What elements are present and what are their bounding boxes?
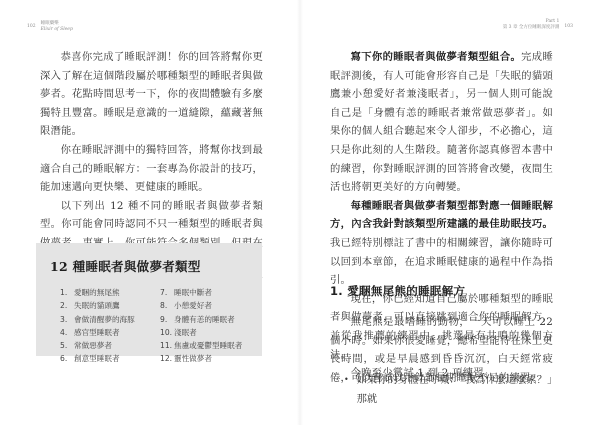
list-item: 11.焦慮或憂鬱型睡眠者	[160, 340, 260, 351]
list-item: 7.睡眠中斷者	[160, 287, 260, 298]
list-item: 5.常做惡夢者	[60, 340, 160, 351]
list-item: 8.小憩愛好者	[160, 300, 260, 311]
sleeper-types-list: 1.愛睏的無尾熊 7.睡眠中斷者 2.失眠的貓頭鷹 8.小憩愛好者 3.會做清醒…	[50, 287, 250, 365]
list-item: 6.創意型睡眠者	[60, 353, 160, 364]
list-item: 12.靈性做夢者	[160, 353, 260, 364]
section-heading: 1. 愛睏無尾熊的睡眠解方	[330, 283, 465, 299]
bold-lead: 每種睡眠者與做夢者類型都對應一個睡眠解方，內含我針對該類型所建議的最佳助眠技巧。	[330, 200, 553, 231]
paragraph: 每種睡眠者與做夢者類型都對應一個睡眠解方，內含我針對該類型所建議的最佳助眠技巧。…	[330, 197, 553, 290]
sleeper-types-box: 12 種睡眠者與做夢者類型 1.愛睏的無尾熊 7.睡眠中斷者 2.失眠的貓頭鷹 …	[36, 243, 262, 356]
list-item: 10.淺眠者	[160, 327, 260, 338]
list-item: 2.失眠的貓頭鷹	[60, 300, 160, 311]
sleeper-types-title: 12 種睡眠者與做夢者類型	[50, 257, 250, 275]
page-number: 102	[27, 24, 36, 29]
paragraph: 你在睡眠評測中的獨特回答，將幫你找到最適合自己的睡眠解方：一套專為你設計的技巧，…	[40, 141, 263, 197]
paragraph: 恭喜你完成了睡眠評測！你的回答將幫你更深入了解在這個階段屬於哪種類型的睡眠者與做…	[40, 48, 263, 141]
list-item: 9.身體有恙的睡眠者	[160, 314, 260, 325]
bullet-item: • 如果你的身體在呼喊：「我為什麼這麼累？」那就	[344, 371, 556, 408]
paragraph: 寫下你的睡眠者與做夢者類型組合。完成睡眠評測後，有人可能會形容自己是「失眠的貓頭…	[330, 48, 553, 197]
bullet-icon: •	[344, 371, 357, 408]
chapter-label: 第 3 章 全方位睡眠深度評測	[503, 25, 560, 31]
running-header-right: Part 1 第 3 章 全方位睡眠深度評測 103	[503, 19, 573, 31]
book-title: 睡眠藥樂 Elixir of Sleep	[41, 21, 73, 33]
running-header-left: 102 睡眠藥樂 Elixir of Sleep	[27, 21, 73, 33]
right-page: Part 1 第 3 章 全方位睡眠深度評測 103 寫下你的睡眠者與做夢者類型…	[300, 0, 600, 425]
list-item: 3.會做清醒夢的海豚	[60, 314, 160, 325]
page-number: 103	[564, 24, 573, 29]
list-item: 1.愛睏的無尾熊	[60, 287, 160, 298]
bold-lead: 寫下你的睡眠者與做夢者類型組合。	[351, 51, 522, 63]
left-page: 102 睡眠藥樂 Elixir of Sleep 恭喜你完成了睡眠評測！你的回答…	[0, 0, 300, 425]
book-title-en: Elixir of Sleep	[41, 27, 73, 33]
chapter-header: Part 1 第 3 章 全方位睡眠深度評測	[503, 19, 560, 31]
list-item: 4.感官型睡眠者	[60, 327, 160, 338]
